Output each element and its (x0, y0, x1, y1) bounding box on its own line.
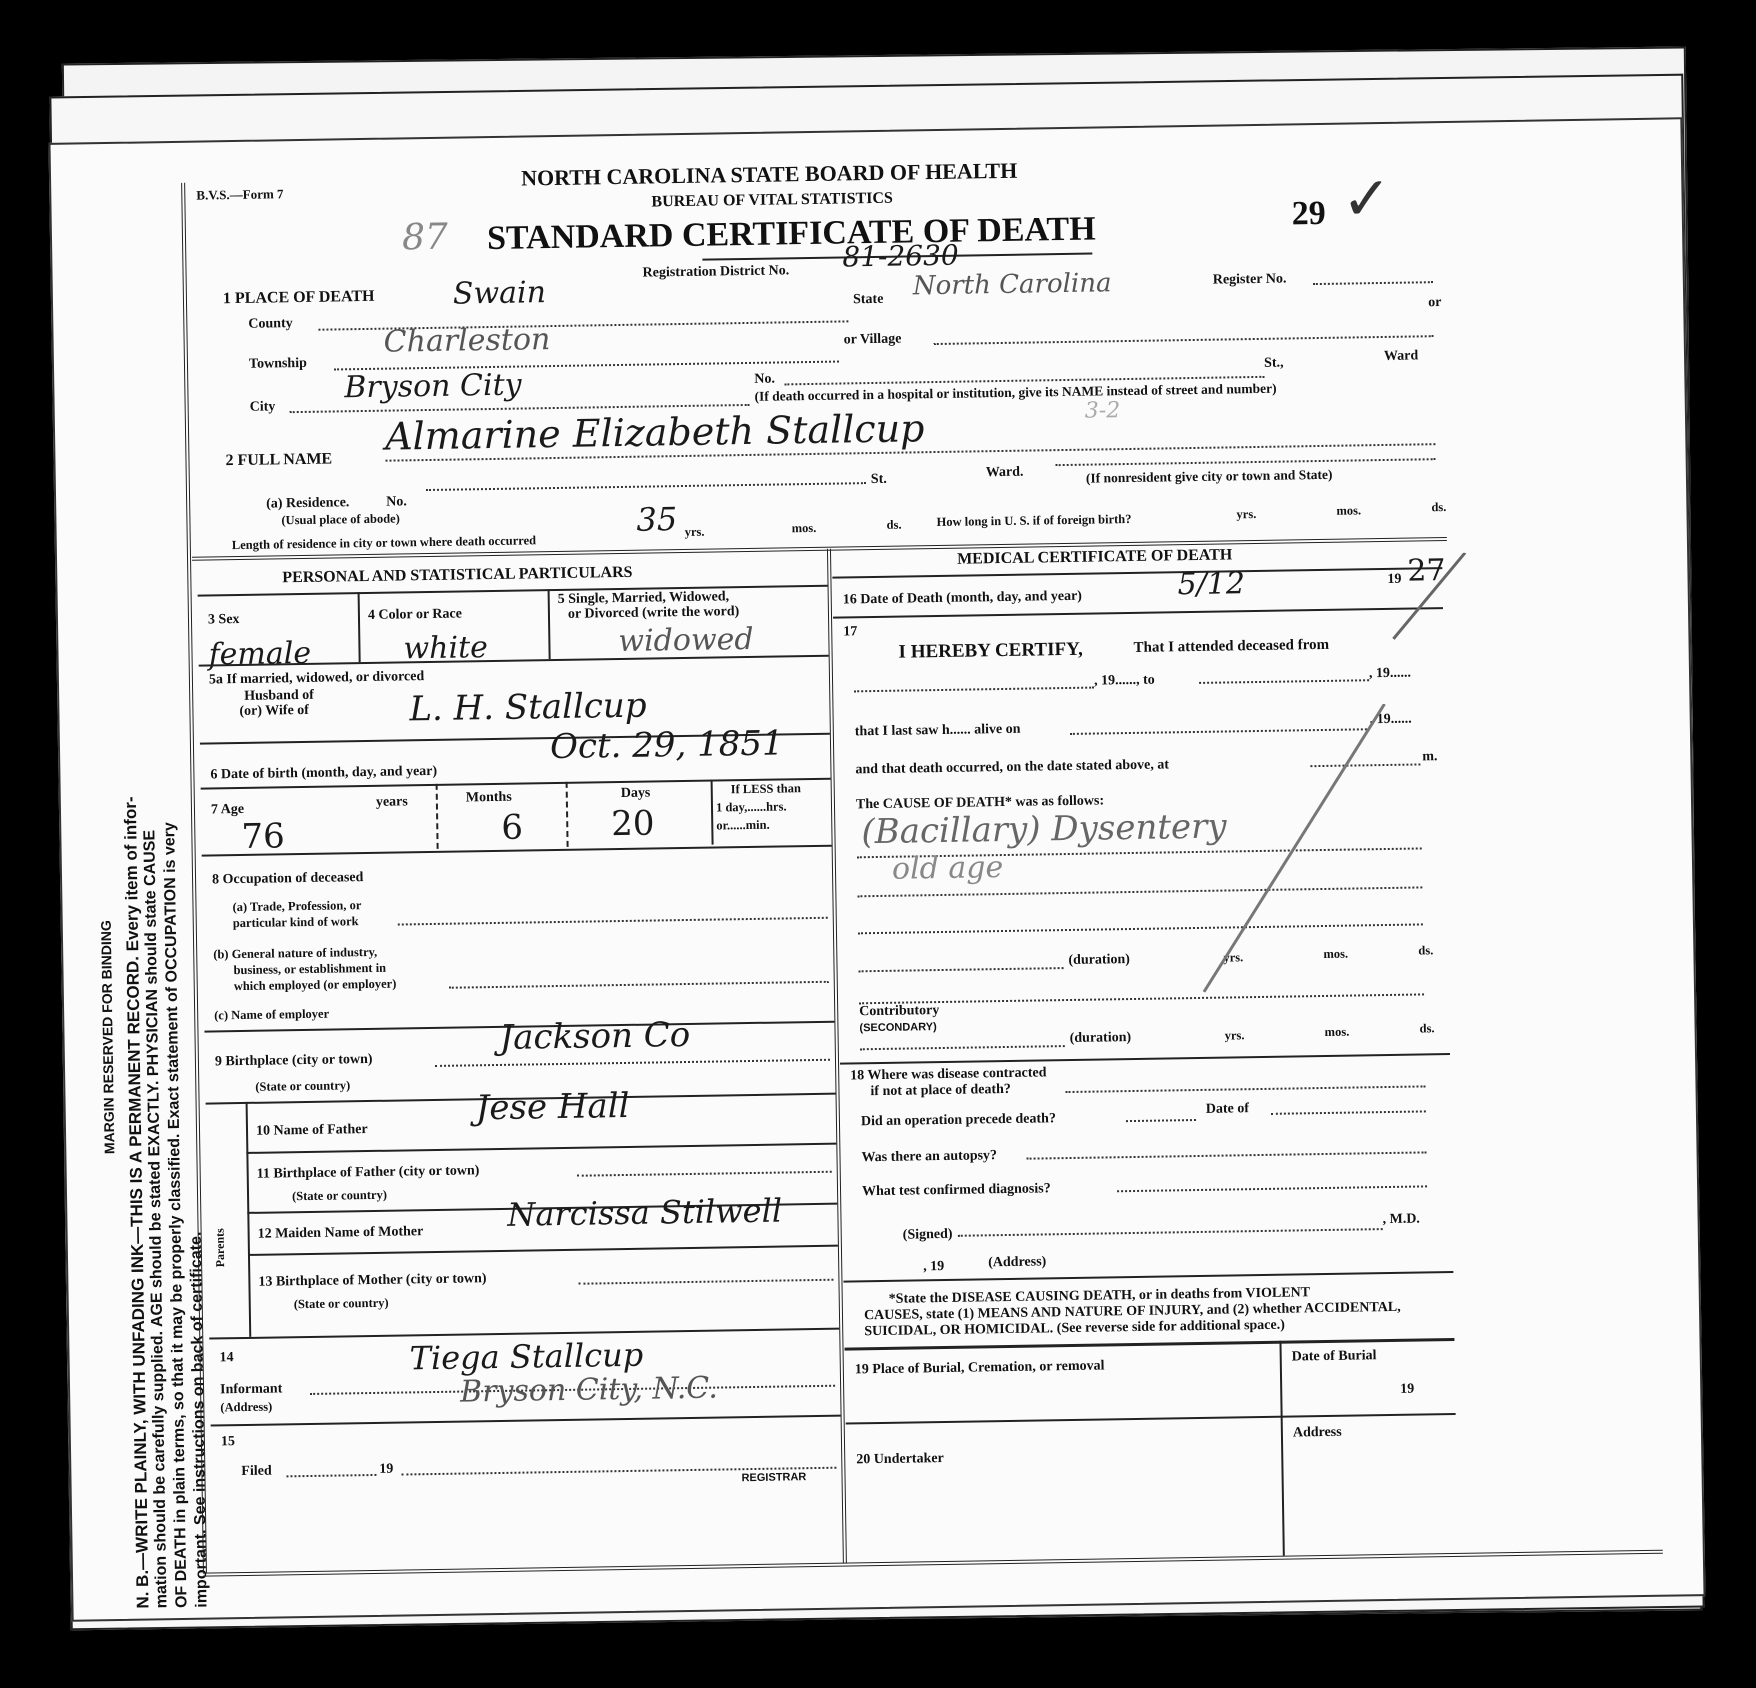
secondary-label: (SECONDARY) (859, 1021, 936, 1034)
township-value: Charleston (383, 322, 550, 360)
father-birthplace-line (577, 1171, 832, 1177)
full-name-pencil-note: 3-2 (1085, 398, 1121, 424)
filed-19: 19 (379, 1462, 393, 1478)
dod-value: 5/12 (1177, 566, 1245, 602)
occupation-b-label-1: (b) General nature of industry, (213, 945, 377, 963)
or-label: or (1428, 295, 1441, 311)
duration-line-2 (860, 1045, 1065, 1050)
occupation-a-label-2: particular kind of work (233, 914, 359, 931)
ward-label: Ward (1384, 348, 1418, 365)
state-label: State (853, 292, 884, 308)
foreign-ds-label: ds. (1431, 500, 1446, 515)
age-months-divider (566, 782, 569, 847)
death-occurred-label: and that death occurred, on the date sta… (855, 757, 1169, 778)
spouse-label-1: 5a If married, widowed, or divorced (209, 669, 425, 688)
birthplace-state-label: (State or country) (255, 1078, 350, 1094)
certify-text: That I attended deceased from (1133, 637, 1329, 657)
register-no-label: Register No. (1213, 271, 1287, 288)
signed-label: (Signed) (903, 1227, 953, 1244)
autopsy-line (1027, 1151, 1427, 1159)
form-number: B.V.S.—Form 7 (196, 186, 283, 203)
occupation-b-label-3: which employed (or employer) (234, 977, 397, 995)
occupation-a-label-1: (a) Trade, Profession, or (232, 898, 361, 915)
autopsy-label: Was there an autopsy? (861, 1148, 997, 1166)
operation-date-label: Date of (1206, 1101, 1249, 1118)
abode-label: (Usual place of abode) (281, 511, 400, 528)
father-birthplace-label: 11 Birthplace of Father (city or town) (257, 1163, 480, 1182)
mother-value: Narcissa Stilwell (507, 1192, 782, 1234)
residence-line-top (426, 482, 866, 491)
item-18-label-2: if not at place of death? (870, 1082, 1011, 1100)
duration-ds-1: ds. (1418, 943, 1433, 958)
township-label: Township (249, 356, 307, 373)
marital-value: widowed (618, 622, 754, 659)
row-12-rule (248, 1245, 838, 1256)
mother-label: 12 Maiden Name of Mother (258, 1224, 424, 1243)
city-label: City (250, 399, 276, 415)
informant-number: 14 (219, 1350, 233, 1366)
burial-rule (846, 1413, 1456, 1425)
page-number: 29 (1291, 195, 1326, 234)
cause-line-4 (859, 993, 1424, 1004)
item-18-line (1066, 1085, 1426, 1093)
diagnosis-test-label: What test confirmed diagnosis? (862, 1181, 1051, 1200)
form-bottom-border (203, 1550, 1663, 1577)
foreign-yrs-label: yrs. (1236, 507, 1256, 522)
filed-line-1 (286, 1474, 376, 1477)
mother-birthplace-line (578, 1279, 833, 1285)
duration-mos-2: mos. (1324, 1025, 1349, 1040)
father-label: 10 Name of Father (256, 1122, 368, 1140)
spouse-value: L. H. Stallcup (409, 686, 647, 730)
sex-value: female (208, 636, 311, 673)
sex-race-divider (358, 592, 361, 662)
less-than-label-2: 1 day,......hrs. (716, 799, 787, 815)
death-occurred-m: m. (1422, 749, 1437, 765)
less-than-label-3: or......min. (716, 818, 770, 834)
reg-district-label: Registration District No. (642, 263, 789, 281)
attended-to-line (1199, 679, 1369, 684)
dod-label: 16 Date of Death (month, day, and year) (843, 589, 1082, 609)
attended-to-19: , 19...... (1369, 666, 1411, 683)
reg-district-value: 81-2630 (842, 239, 959, 274)
informant-address-value: Bryson City, N.C. (460, 1371, 718, 1410)
informant-label: Informant (220, 1381, 282, 1398)
check-mark-icon: ✓ (1341, 164, 1392, 235)
length-of-residence-label: Length of residence in city or town wher… (232, 533, 536, 553)
race-marital-divider (548, 589, 551, 659)
place-of-death-label: 1 PLACE OF DEATH (223, 288, 375, 308)
length-mos-label: mos. (792, 521, 817, 536)
marital-label-2: or Divorced (write the word) (568, 604, 740, 623)
length-ds-label: ds. (886, 518, 901, 533)
age-label: 7 Age (211, 802, 244, 819)
st-label: St., (1264, 356, 1284, 372)
registrar-label: REGISTRAR (741, 1471, 806, 1484)
length-yrs-label: yrs. (685, 525, 705, 540)
burial-divider (1279, 1341, 1284, 1556)
village-line (934, 335, 1434, 345)
less-than-label-1: If LESS than (731, 781, 801, 797)
attended-from-19: , 19......, to (1094, 673, 1155, 690)
certify-heading: I HEREBY CERTIFY, (898, 639, 1083, 664)
occupation-b-label-2: business, or establishment in (233, 961, 386, 978)
age-days-value: 20 (611, 803, 655, 844)
age-months-label: Months (466, 790, 512, 807)
duration-label-2: (duration) (1070, 1030, 1132, 1047)
age-days-divider (711, 780, 714, 845)
race-label: 4 Color or Race (368, 606, 462, 623)
duration-yrs-2: yrs. (1225, 1028, 1245, 1043)
register-no-line (1313, 281, 1433, 285)
duration-line-1 (859, 967, 1064, 972)
burial-date-label: Date of Burial (1292, 1348, 1377, 1365)
dod-rule (833, 607, 1443, 619)
medical-title-rule (832, 567, 1442, 579)
pencil-mark: 87 (402, 217, 448, 259)
item-18-label-1: 18 Where was disease contracted (850, 1065, 1046, 1084)
row-10-rule (246, 1143, 836, 1154)
diagnosis-test-line (1117, 1185, 1427, 1192)
attended-from-line (854, 687, 1094, 693)
father-birthplace-state-label: (State or country) (292, 1188, 387, 1204)
signed-line (958, 1228, 1383, 1237)
margin-binding-note: MARGIN RESERVED FOR BINDING (98, 920, 118, 1154)
contributory-label: Contributory (859, 1003, 939, 1020)
state-value: North Carolina (913, 268, 1112, 301)
occupation-c-label: (c) Name of employer (214, 1007, 329, 1024)
address-19: , 19 (923, 1259, 944, 1275)
parents-label: Parents (213, 1228, 229, 1267)
county-label: County (248, 316, 293, 333)
length-of-residence-years: 35 (636, 500, 677, 539)
md-label: , M.D. (1382, 1212, 1420, 1229)
street-no-label: No. (754, 372, 775, 388)
birthplace-label: 9 Birthplace (city or town) (215, 1052, 373, 1070)
cause-of-death-primary: (Bacillary) Dysentery (861, 807, 1227, 853)
board-title: NORTH CAROLINA STATE BOARD OF HEALTH (521, 158, 1018, 192)
cause-of-death-secondary: old age (892, 850, 1004, 887)
village-label: or Village (844, 332, 902, 349)
operation-date-line (1271, 1110, 1426, 1114)
medical-section-title: MEDICAL CERTIFICATE OF DEATH (957, 546, 1232, 568)
item-17-number: 17 (843, 624, 857, 640)
full-name-value: Almarine Elizabeth Stallcup (385, 406, 925, 458)
physician-address-label: (Address) (988, 1254, 1046, 1271)
burial-date-19: 19 (1400, 1382, 1414, 1398)
father-value: Jese Hall (475, 1086, 629, 1128)
foreign-mos-label: mos. (1336, 503, 1361, 518)
residence-st-label: St. (871, 472, 887, 488)
burial-place-label: 19 Place of Burial, Cremation, or remova… (855, 1358, 1105, 1378)
occupation-a-line (398, 917, 828, 926)
personal-section-title: PERSONAL AND STATISTICAL PARTICULARS (282, 564, 632, 587)
residence-ward-label: Ward. (986, 465, 1024, 482)
occupation-label: 8 Occupation of deceased (212, 870, 363, 888)
duration-label-1: (duration) (1068, 952, 1130, 969)
mother-birthplace-label: 13 Birthplace of Mother (city or town) (258, 1271, 486, 1291)
county-value: Swain (453, 275, 547, 311)
certificate-title: STANDARD CERTIFICATE OF DEATH (487, 210, 1096, 258)
death-certificate: MARGIN RESERVED FOR BINDING N. B.—WRITE … (48, 117, 1705, 1621)
operation-label: Did an operation precede death? (861, 1111, 1056, 1130)
last-saw-label: that I last saw h...... alive on (855, 722, 1021, 741)
birthplace-line (435, 1059, 830, 1067)
age-years-label: years (376, 794, 408, 810)
informant-value: Tiega Stallcup (409, 1336, 643, 1378)
operation-line (1126, 1119, 1196, 1122)
city-value: Bryson City (344, 368, 522, 406)
undertaker-label: 20 Undertaker (856, 1451, 944, 1468)
age-days-label: Days (621, 786, 651, 802)
undertaker-address-label: Address (1293, 1425, 1342, 1442)
bureau-title: BUREAU OF VITAL STATISTICS (651, 190, 893, 212)
dob-label: 6 Date of birth (month, day, and year) (210, 764, 437, 784)
sex-label: 3 Sex (208, 612, 240, 628)
dob-value: Oct. 29, 1851 (550, 723, 784, 767)
residence-no-label: No. (386, 494, 407, 510)
pencil-slash-mark (1189, 704, 1394, 997)
duration-ds-2: ds. (1419, 1021, 1434, 1036)
filed-number: 15 (221, 1434, 235, 1450)
foreign-birth-label: How long in U. S. if of foreign birth? (936, 512, 1131, 530)
age-years-divider (436, 784, 439, 849)
age-years-value: 76 (241, 816, 285, 857)
item-17-rule (840, 1053, 1450, 1065)
column-divider (827, 549, 847, 1564)
mother-birthplace-state-label: (State or country) (294, 1296, 389, 1312)
row-14-rule (211, 1415, 841, 1427)
informant-address-label: (Address) (220, 1400, 272, 1416)
nonresident-note: (If nonresident give city or town and St… (1086, 467, 1333, 487)
age-months-value: 6 (501, 808, 523, 848)
residence-label: (a) Residence. (266, 495, 349, 512)
residence-nonres-line (1056, 458, 1436, 466)
full-name-label: 2 FULL NAME (225, 451, 332, 471)
parents-bracket (246, 1102, 252, 1337)
spouse-label-3: (or) Wife of (239, 703, 309, 720)
occupation-b-line (449, 981, 829, 989)
filed-label: Filed (241, 1464, 272, 1480)
birthplace-value: Jackson Co (499, 1015, 690, 1058)
pencil-check-mark (1387, 553, 1468, 644)
